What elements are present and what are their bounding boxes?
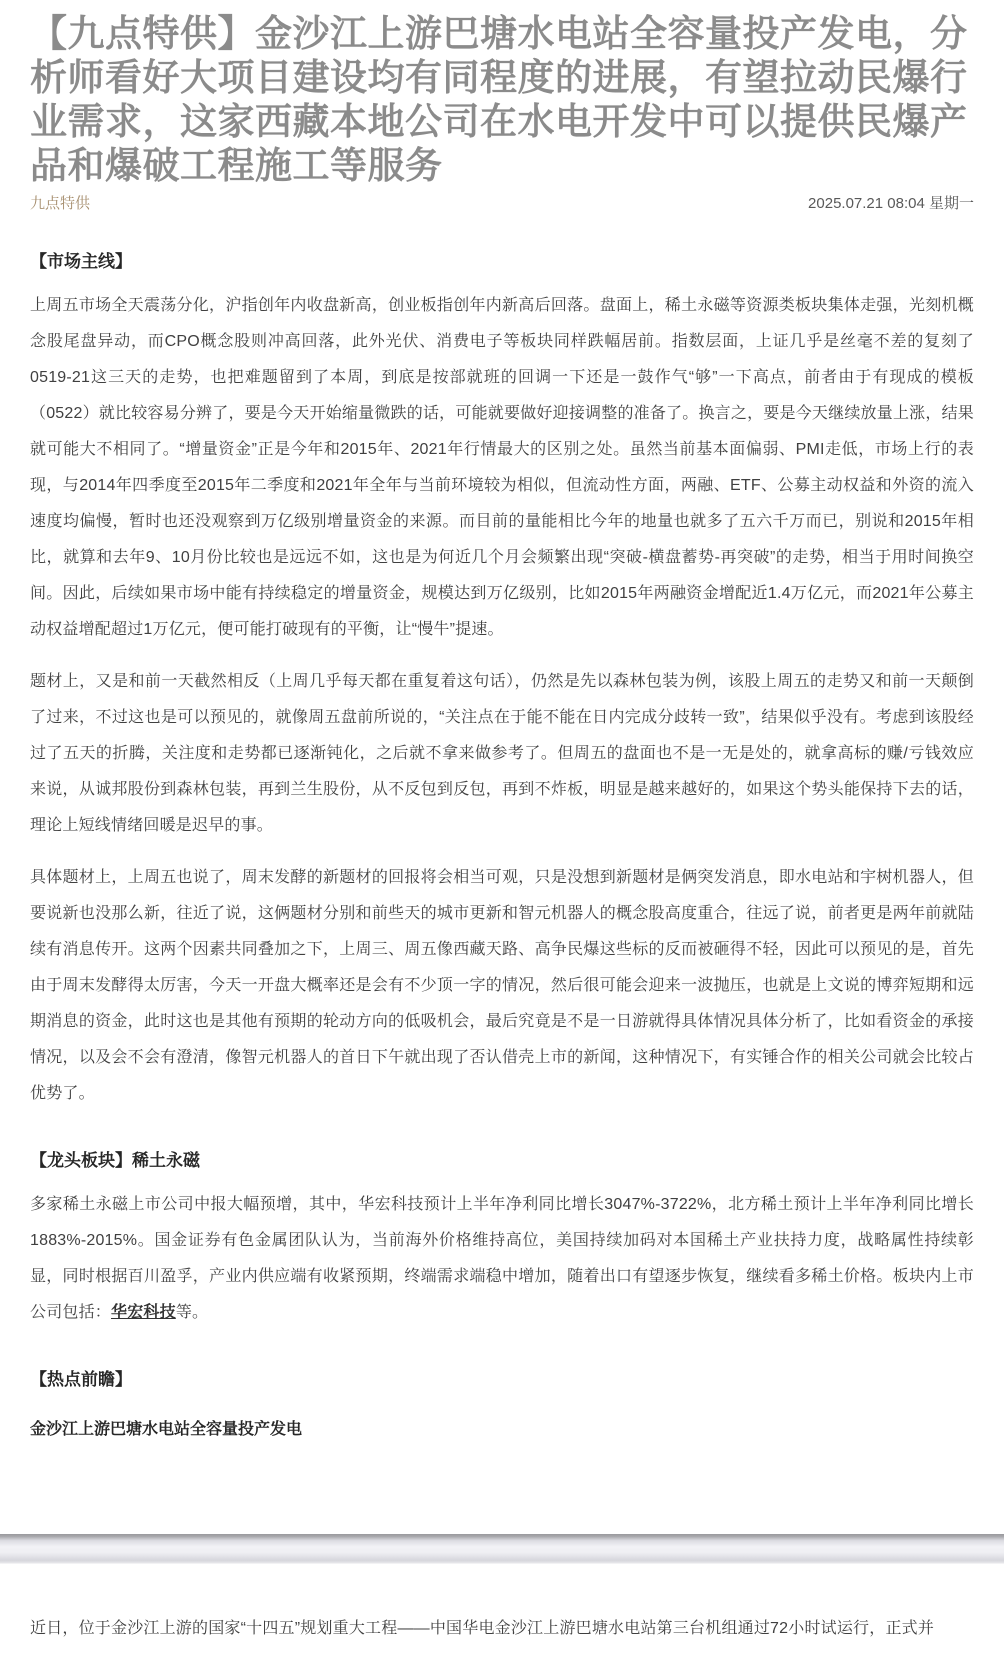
stock-link-huahong-keji[interactable]: 华宏科技 [111,1304,176,1321]
market-paragraph-1: 上周五市场全天震荡分化，沪指创年内收盘新高，创业板指创年内新高后回落。盘面上，稀… [30,288,974,648]
hotspot-subheading: 金沙江上游巴塘水电站全容量投产发电 [30,1420,974,1440]
section-heading-hotspot: 【热点前瞻】 [30,1369,974,1390]
section-heading-market: 【市场主线】 [30,251,974,272]
hotspot-partial-paragraph: 近日，位于金沙江上游的国家“十四五”规划重大工程——中国华电金沙江上游巴塘水电站… [30,1611,974,1647]
article-meta: 九点特供 2025.07.21 08:04 星期一 [30,192,974,213]
article-title: 【九点特供】金沙江上游巴塘水电站全容量投产发电，分析师看好大项目建设均有同程度的… [30,12,974,188]
section-heading-leader: 【龙头板块】稀土永磁 [30,1150,974,1171]
market-paragraph-2: 题材上，又是和前一天截然相反（上周几乎每天都在重复着这句话），仍然是先以森林包装… [30,664,974,844]
next-section-page: 近日，位于金沙江上游的国家“十四五”规划重大工程——中国华电金沙江上游巴塘水电站… [0,1611,1004,1647]
article-page: 【九点特供】金沙江上游巴塘水电站全容量投产发电，分析师看好大项目建设均有同程度的… [0,12,1004,1440]
leader-paragraph-tail: 等。 [176,1304,208,1321]
leader-paragraph: 多家稀土永磁上市公司中报大幅预增，其中，华宏科技预计上半年净利同比增长3047%… [30,1187,974,1331]
publish-datetime: 2025.07.21 08:04 星期一 [808,192,974,213]
source-label[interactable]: 九点特供 [30,192,90,213]
leader-paragraph-text: 多家稀土永磁上市公司中报大幅预增，其中，华宏科技预计上半年净利同比增长3047%… [30,1196,974,1321]
market-paragraph-3: 具体题材上，上周五也说了，周末发酵的新题材的回报将会相当可观，只是没想到新题材是… [30,860,974,1112]
page-divider [0,1534,1004,1564]
